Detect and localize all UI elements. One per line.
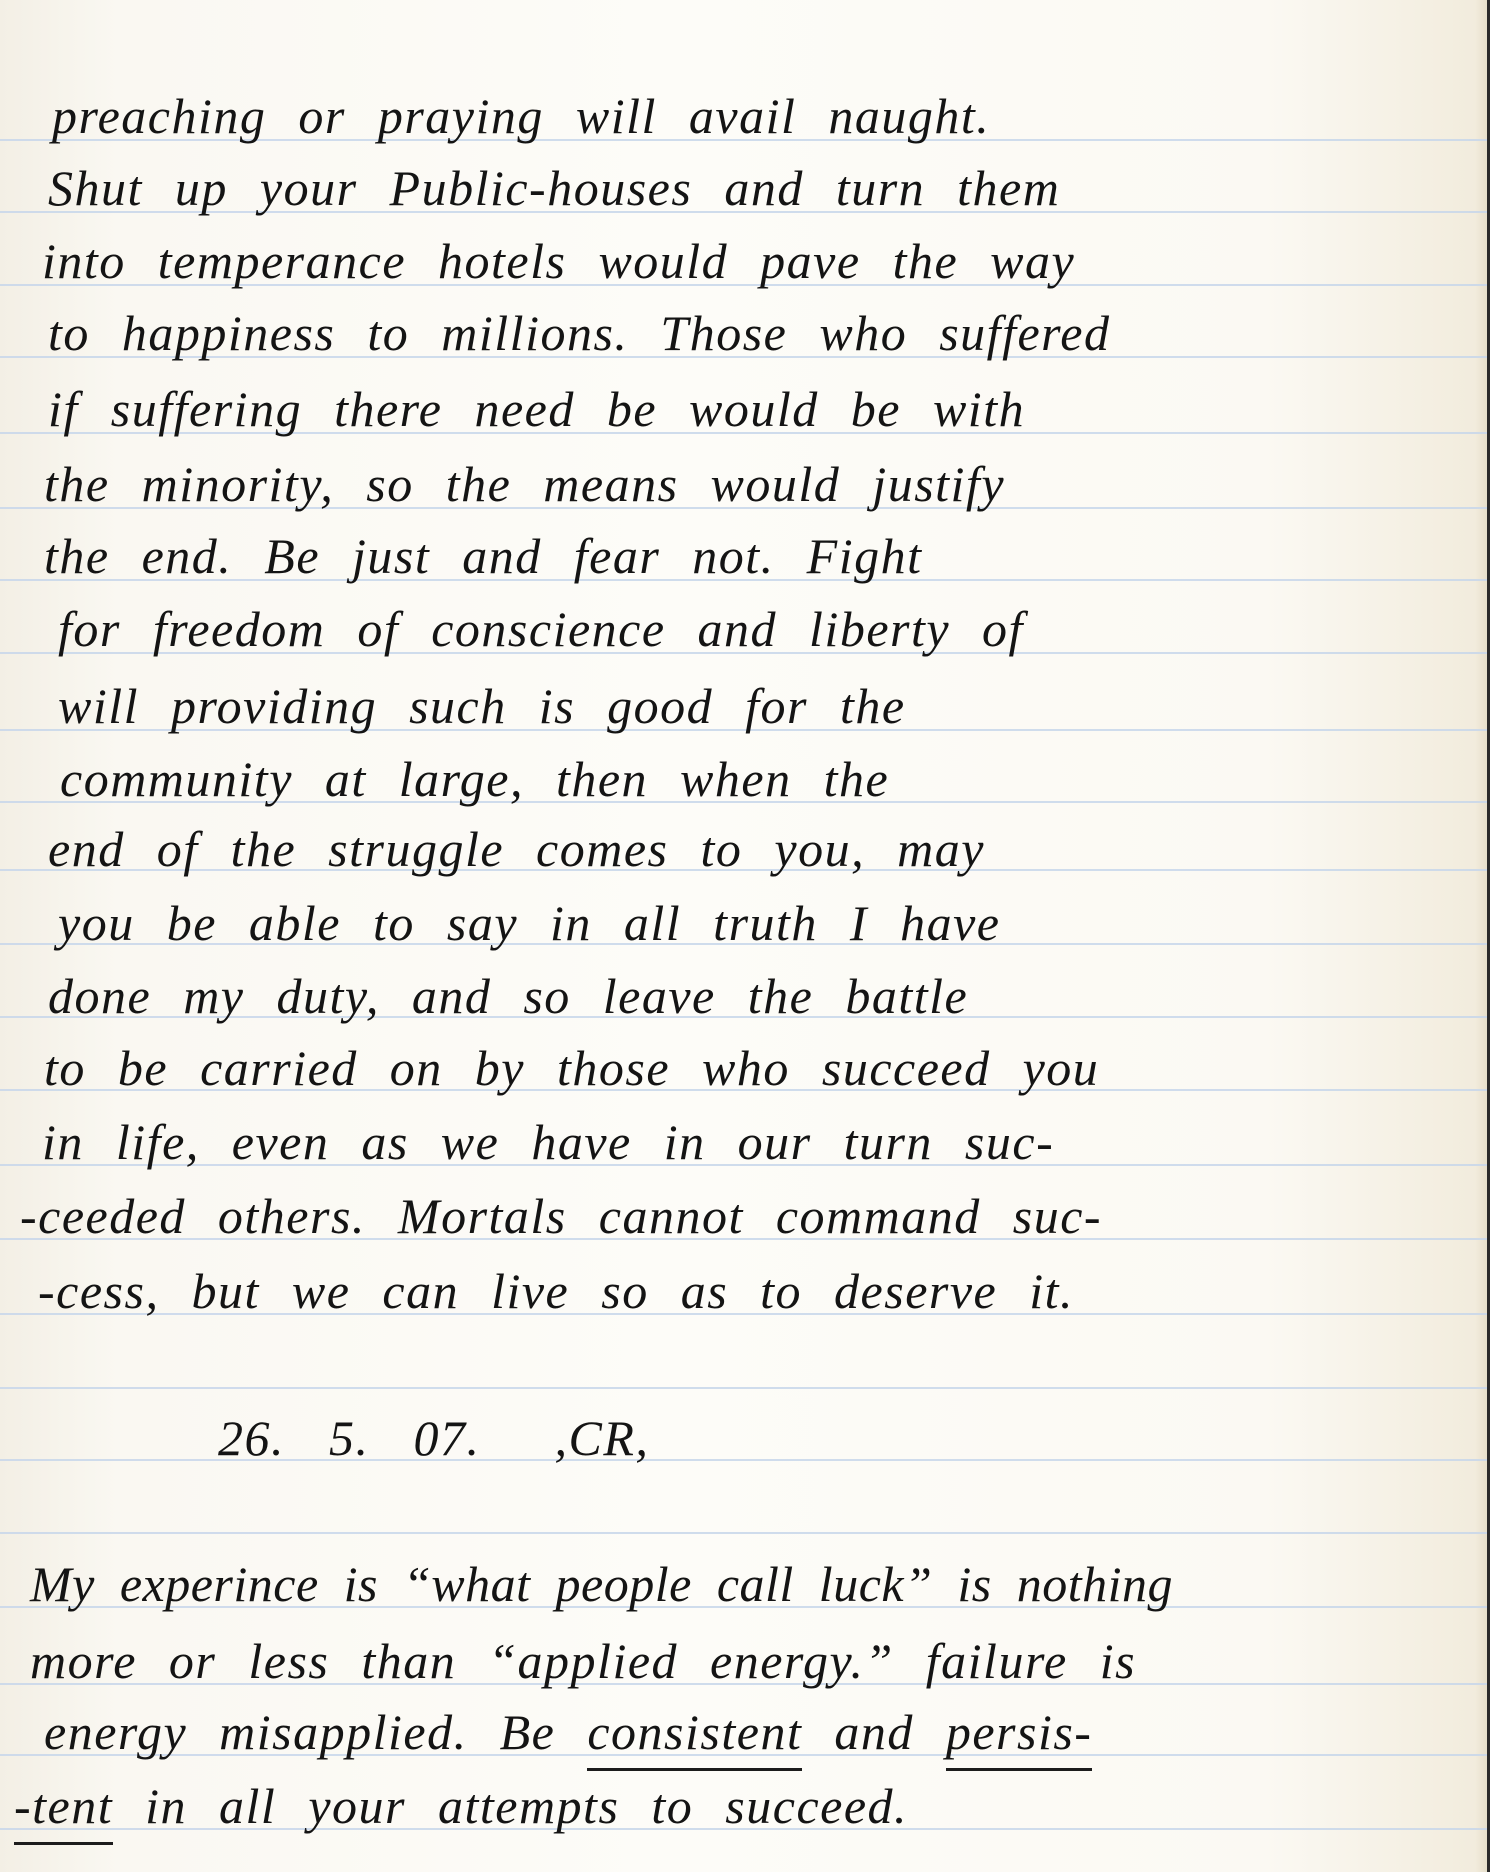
author-initials: ,CR, <box>555 1402 650 1474</box>
line-text: for freedom of conscience and liberty of <box>58 593 1024 665</box>
entry-date: 26. 5. 07. <box>218 1402 481 1474</box>
line-text: if suffering there need be would be with <box>48 373 1025 445</box>
line-text: Shut up your Public-houses and turn them <box>48 152 1060 224</box>
handwritten-line: community at large, then when the <box>0 743 1490 815</box>
handwritten-line: more or less than “applied energy.” fail… <box>0 1625 1490 1697</box>
line-text: the end. Be just and fear not. Fight <box>44 520 923 592</box>
ruled-line <box>0 1532 1488 1534</box>
handwritten-line: Shut up your Public-houses and turn them <box>0 152 1490 224</box>
line-text: in life, even as we have in our turn suc… <box>42 1106 1054 1178</box>
line-text: to happiness to millions. Those who suff… <box>48 297 1110 369</box>
line-text: community at large, then when the <box>60 743 889 815</box>
line-text: the minority, so the means would justify <box>44 448 1005 520</box>
line-text: and <box>802 1696 946 1768</box>
line-text: My experince is “what people call luck” … <box>30 1548 1173 1620</box>
notebook-page: preaching or praying will avail naught. … <box>0 0 1490 1872</box>
line-text: preaching or praying will avail naught. <box>52 80 990 152</box>
line-text: you be able to say in all truth I have <box>58 887 1000 959</box>
handwritten-line: the end. Be just and fear not. Fight <box>0 520 1490 592</box>
handwritten-line: will providing such is good for the <box>0 670 1490 742</box>
line-text: in all your attempts to succeed. <box>113 1770 908 1842</box>
line-text: done my duty, and so leave the battle <box>48 960 968 1032</box>
handwritten-line: in life, even as we have in our turn suc… <box>0 1106 1490 1178</box>
handwritten-line: My experince is “what people call luck” … <box>0 1548 1490 1620</box>
underlined-word: consistent <box>587 1696 802 1771</box>
line-text: to be carried on by those who succeed yo… <box>44 1032 1099 1104</box>
handwritten-line: the minority, so the means would justify <box>0 448 1490 520</box>
handwritten-line: to be carried on by those who succeed yo… <box>0 1032 1490 1104</box>
line-text: -cess, but we can live so as to deserve … <box>38 1255 1074 1327</box>
underlined-word: persis- <box>946 1696 1093 1771</box>
underlined-word: -tent <box>14 1770 113 1845</box>
handwritten-line: done my duty, and so leave the battle <box>0 960 1490 1032</box>
scan-margin <box>1493 0 1500 1872</box>
handwritten-line: end of the struggle comes to you, may <box>0 813 1490 885</box>
line-text: into temperance hotels would pave the wa… <box>42 225 1075 297</box>
line-text: end of the struggle comes to you, may <box>48 813 985 885</box>
ruled-line <box>0 1387 1488 1389</box>
line-text: -ceeded others. Mortals cannot command s… <box>20 1180 1102 1252</box>
handwritten-line: -cess, but we can live so as to deserve … <box>0 1255 1490 1327</box>
handwritten-line: for freedom of conscience and liberty of <box>0 593 1490 665</box>
handwritten-line: -ceeded others. Mortals cannot command s… <box>0 1180 1490 1252</box>
handwritten-line: if suffering there need be would be with <box>0 373 1490 445</box>
line-text: will providing such is good for the <box>58 670 906 742</box>
handwritten-line: energy misapplied. Be consistent and per… <box>0 1696 1490 1768</box>
handwritten-line: into temperance hotels would pave the wa… <box>0 225 1490 297</box>
handwritten-line: -tent in all your attempts to succeed. <box>0 1770 1490 1842</box>
signature-line: 26. 5. 07. ,CR, <box>0 1402 1490 1474</box>
handwritten-line: preaching or praying will avail naught. <box>0 80 1490 152</box>
handwritten-line: to happiness to millions. Those who suff… <box>0 297 1490 369</box>
line-text: more or less than “applied energy.” fail… <box>30 1625 1136 1697</box>
line-text: energy misapplied. Be <box>44 1696 587 1768</box>
handwritten-line: you be able to say in all truth I have <box>0 887 1490 959</box>
